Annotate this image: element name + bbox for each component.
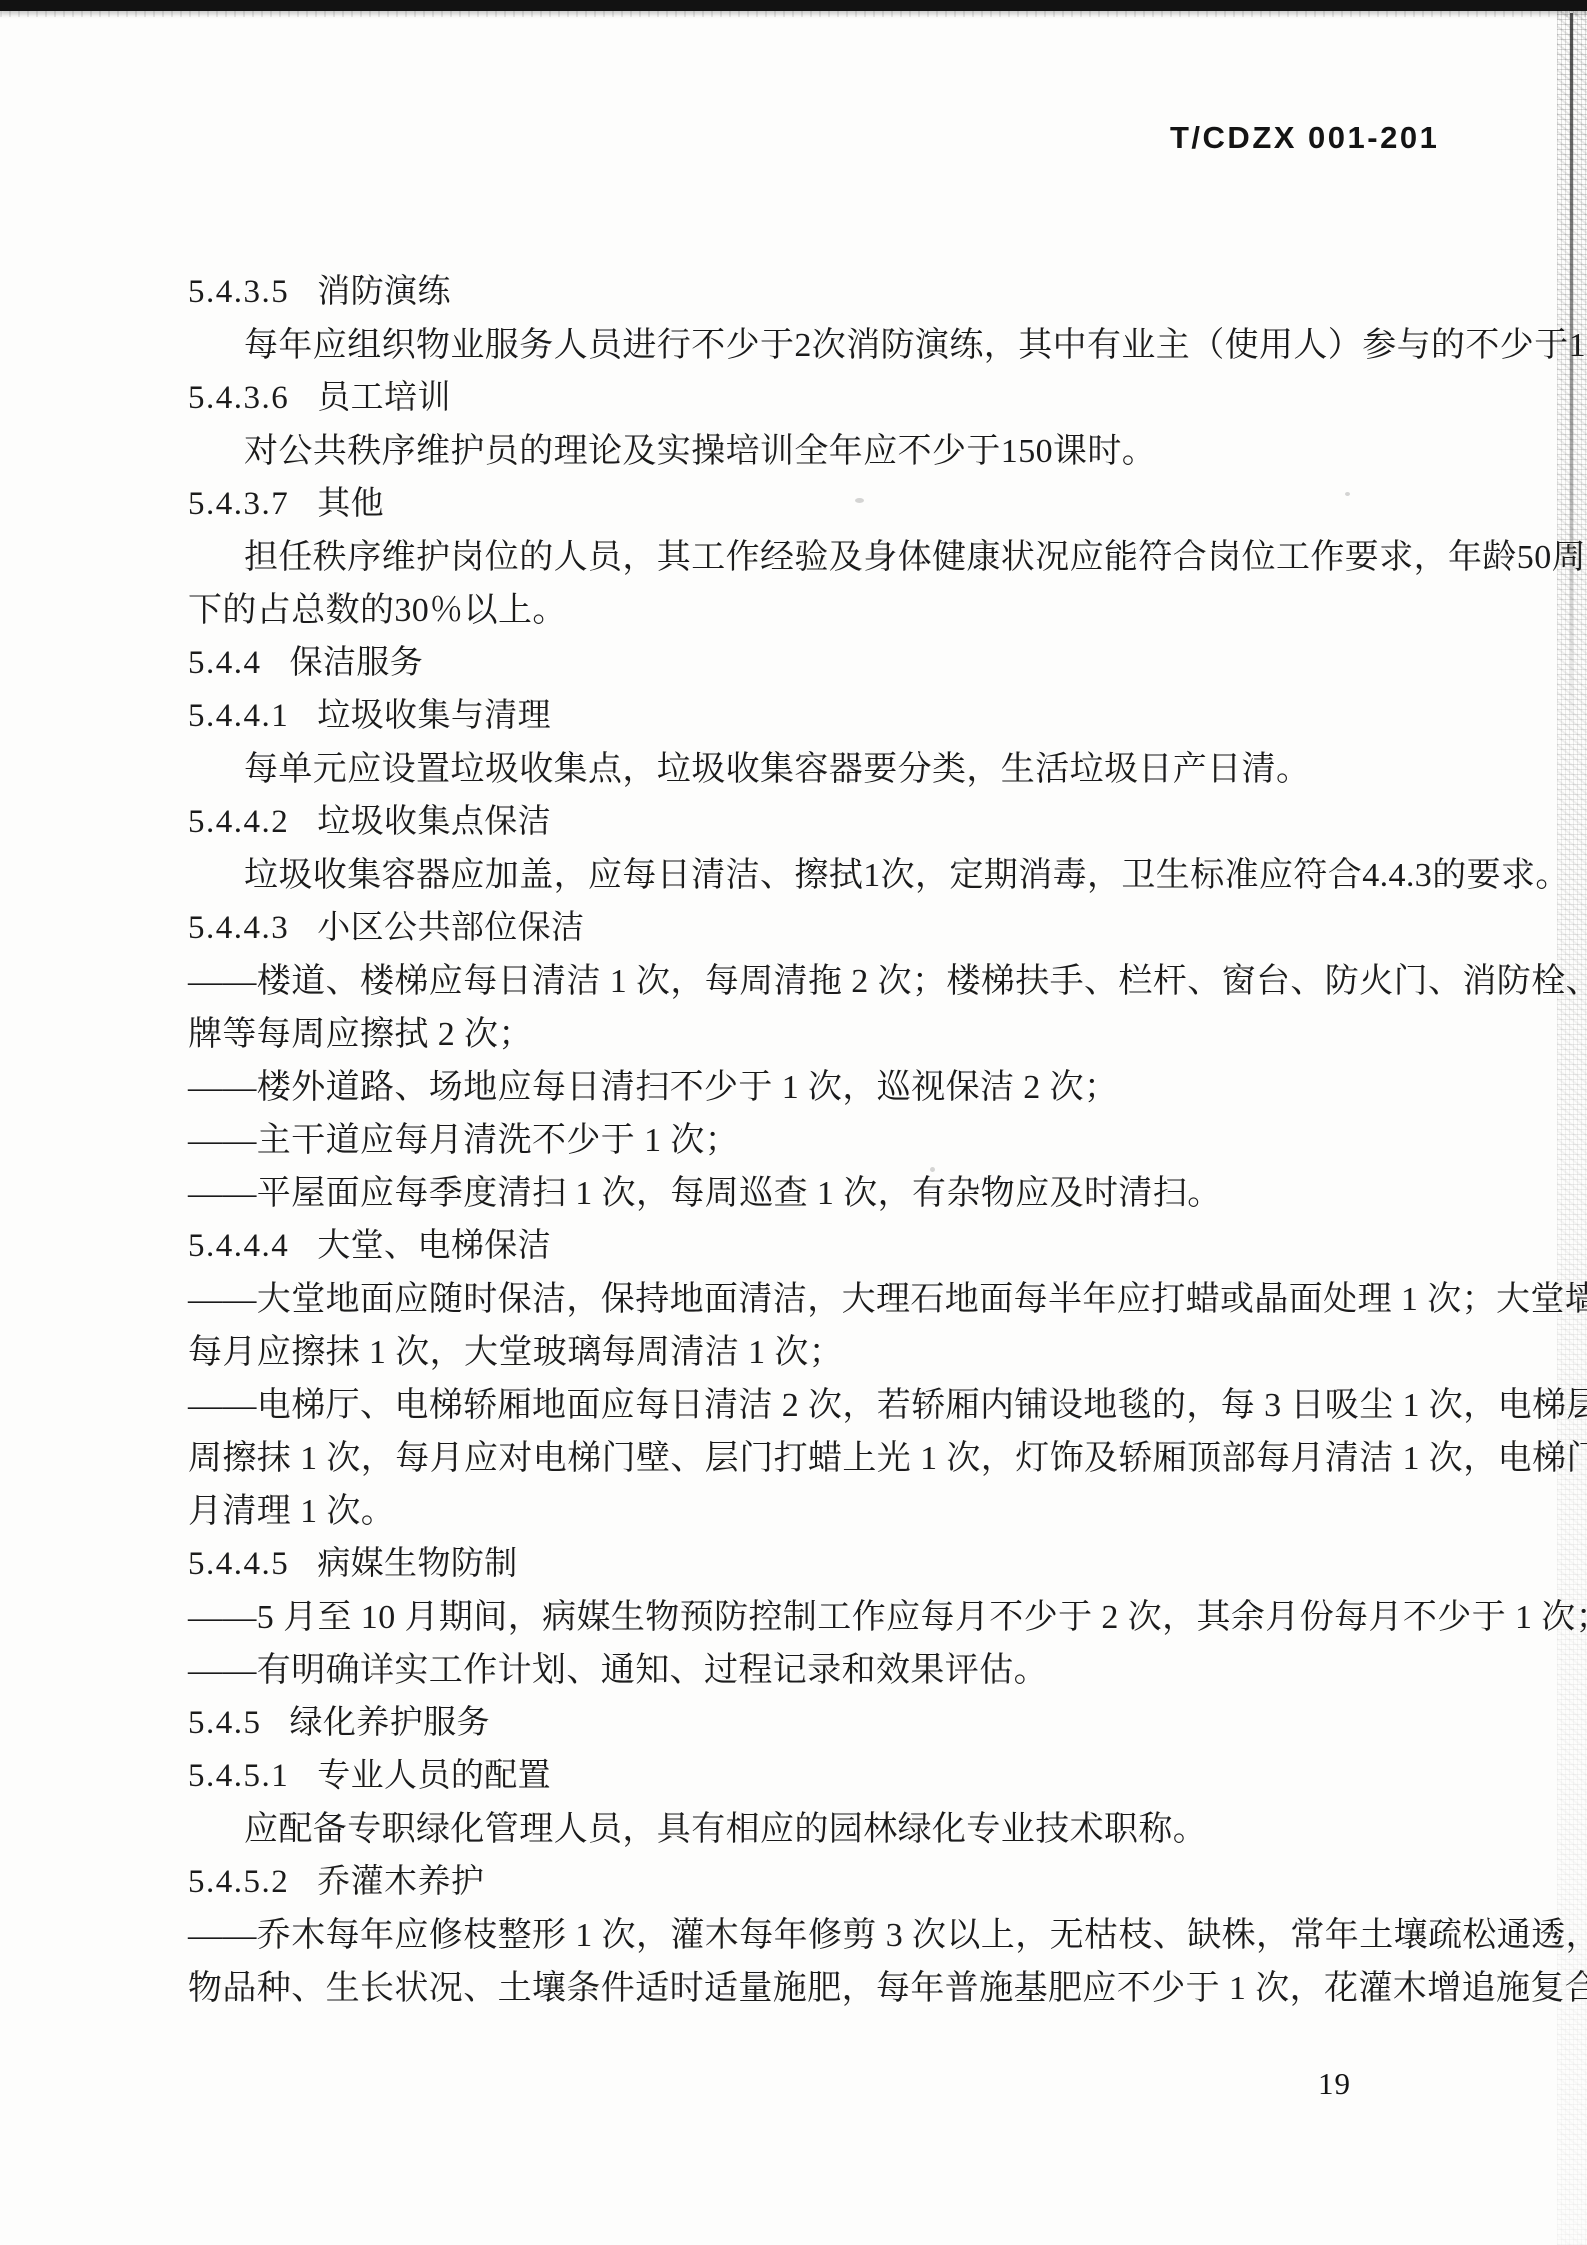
section-number: 5.4.4.5 bbox=[188, 1546, 289, 1582]
body-text-line: ——5 月至 10 月期间，病媒生物预防控制工作应每月不少于 2 次，其余月份每… bbox=[188, 1591, 1480, 1644]
body-text-line: ——平屋面应每季度清扫 1 次，每周巡查 1 次，有杂物应及时清扫。 bbox=[188, 1167, 1480, 1220]
section-title: 大堂、电梯保洁 bbox=[317, 1228, 551, 1264]
section-number: 5.4.5.2 bbox=[188, 1864, 289, 1900]
section-title: 专业人员的配置 bbox=[317, 1758, 551, 1794]
section-heading: 5.4.4.3小区公共部位保洁 bbox=[188, 902, 1480, 955]
document-body: 5.4.3.5消防演练每年应组织物业服务人员进行不少于2次消防演练，其中有业主（… bbox=[188, 266, 1480, 2015]
body-text-line: ——楼外道路、场地应每日清扫不少于 1 次，巡视保洁 2 次； bbox=[188, 1061, 1480, 1114]
body-text-line: 担任秩序维护岗位的人员，其工作经验及身体健康状况应能符合岗位工作要求，年龄50周… bbox=[188, 531, 1480, 584]
body-text-line: ——大堂地面应随时保洁，保持地面清洁，大理石地面每半年应打蜡或晶面处理 1 次；… bbox=[188, 1273, 1480, 1326]
section-title: 垃圾收集点保洁 bbox=[317, 804, 551, 840]
section-number: 5.4.4.4 bbox=[188, 1228, 289, 1264]
section-number: 5.4.5 bbox=[188, 1705, 262, 1741]
body-text-line: 应配备专职绿化管理人员，具有相应的园林绿化专业技术职称。 bbox=[188, 1803, 1480, 1856]
section-number: 5.4.4.3 bbox=[188, 910, 289, 946]
body-text-line: 牌等每周应擦拭 2 次； bbox=[188, 1008, 1480, 1061]
section-heading: 5.4.5.1专业人员的配置 bbox=[188, 1750, 1480, 1803]
body-text-line: ——楼道、楼梯应每日清洁 1 次，每周清拖 2 次；楼梯扶手、栏杆、窗台、防火门… bbox=[188, 955, 1480, 1008]
body-text-line: 下的占总数的30％以上。 bbox=[188, 584, 1480, 637]
standard-code-header: T/CDZX 001-201 bbox=[1170, 120, 1439, 156]
right-scan-line bbox=[1570, 13, 1573, 733]
body-text-line: 对公共秩序维护员的理论及实操培训全年应不少于150课时。 bbox=[188, 425, 1480, 478]
section-heading: 5.4.3.7其他 bbox=[188, 478, 1480, 531]
section-number: 5.4.3.6 bbox=[188, 380, 289, 416]
section-title: 保洁服务 bbox=[290, 645, 424, 681]
section-heading: 5.4.3.5消防演练 bbox=[188, 266, 1480, 319]
top-scan-band bbox=[0, 0, 1587, 11]
body-text-line: 每月应擦抹 1 次，大堂玻璃每周清洁 1 次； bbox=[188, 1326, 1480, 1379]
body-text-line: 每年应组织物业服务人员进行不少于2次消防演练，其中有业主（使用人）参与的不少于1… bbox=[188, 319, 1480, 372]
section-number: 5.4.4.1 bbox=[188, 698, 289, 734]
section-title: 消防演练 bbox=[317, 274, 451, 310]
body-text-line: ——主干道应每月清洗不少于 1 次； bbox=[188, 1114, 1480, 1167]
section-heading: 5.4.5绿化养护服务 bbox=[188, 1697, 1480, 1750]
section-heading: 5.4.4.1垃圾收集与清理 bbox=[188, 690, 1480, 743]
section-title: 绿化养护服务 bbox=[290, 1705, 490, 1741]
section-title: 乔灌木养护 bbox=[317, 1864, 484, 1900]
section-title: 垃圾收集与清理 bbox=[317, 698, 551, 734]
body-text-line: 周擦抹 1 次，每月应对电梯门壁、层门打蜡上光 1 次，灯饰及轿厢顶部每月清洁 … bbox=[188, 1432, 1480, 1485]
page-number: 19 bbox=[1318, 2066, 1351, 2102]
section-number: 5.4.4 bbox=[188, 645, 262, 681]
section-heading: 5.4.4保洁服务 bbox=[188, 637, 1480, 690]
section-title: 员工培训 bbox=[317, 380, 451, 416]
section-number: 5.4.5.1 bbox=[188, 1758, 289, 1794]
section-title: 病媒生物防制 bbox=[317, 1546, 517, 1582]
body-text-line: ——电梯厅、电梯轿厢地面应每日清洁 2 次，若轿厢内铺设地毯的，每 3 日吸尘 … bbox=[188, 1379, 1480, 1432]
body-text-line: 物品种、生长状况、土壤条件适时适量施肥，每年普施基肥应不少于 1 次，花灌木增追… bbox=[188, 1962, 1480, 2015]
section-heading: 5.4.4.5病媒生物防制 bbox=[188, 1538, 1480, 1591]
section-number: 5.4.3.5 bbox=[188, 274, 289, 310]
section-heading: 5.4.4.4大堂、电梯保洁 bbox=[188, 1220, 1480, 1273]
body-text-line: 月清理 1 次。 bbox=[188, 1485, 1480, 1538]
section-heading: 5.4.4.2垃圾收集点保洁 bbox=[188, 796, 1480, 849]
scanned-document-page: T/CDZX 001-201 5.4.3.5消防演练每年应组织物业服务人员进行不… bbox=[0, 0, 1587, 2245]
section-heading: 5.4.5.2乔灌木养护 bbox=[188, 1856, 1480, 1909]
body-text-line: ——乔木每年应修枝整形 1 次，灌木每年修剪 3 次以上，无枯枝、缺株，常年土壤… bbox=[188, 1909, 1480, 1962]
body-text-line: ——有明确详实工作计划、通知、过程记录和效果评估。 bbox=[188, 1644, 1480, 1697]
section-title: 其他 bbox=[317, 486, 384, 522]
body-text-line: 每单元应设置垃圾收集点，垃圾收集容器要分类，生活垃圾日产日清。 bbox=[188, 743, 1480, 796]
section-number: 5.4.3.7 bbox=[188, 486, 289, 522]
body-text-line: 垃圾收集容器应加盖，应每日清洁、擦拭1次，定期消毒，卫生标准应符合4.4.3的要… bbox=[188, 849, 1480, 902]
section-heading: 5.4.3.6员工培训 bbox=[188, 372, 1480, 425]
section-title: 小区公共部位保洁 bbox=[317, 910, 584, 946]
section-number: 5.4.4.2 bbox=[188, 804, 289, 840]
